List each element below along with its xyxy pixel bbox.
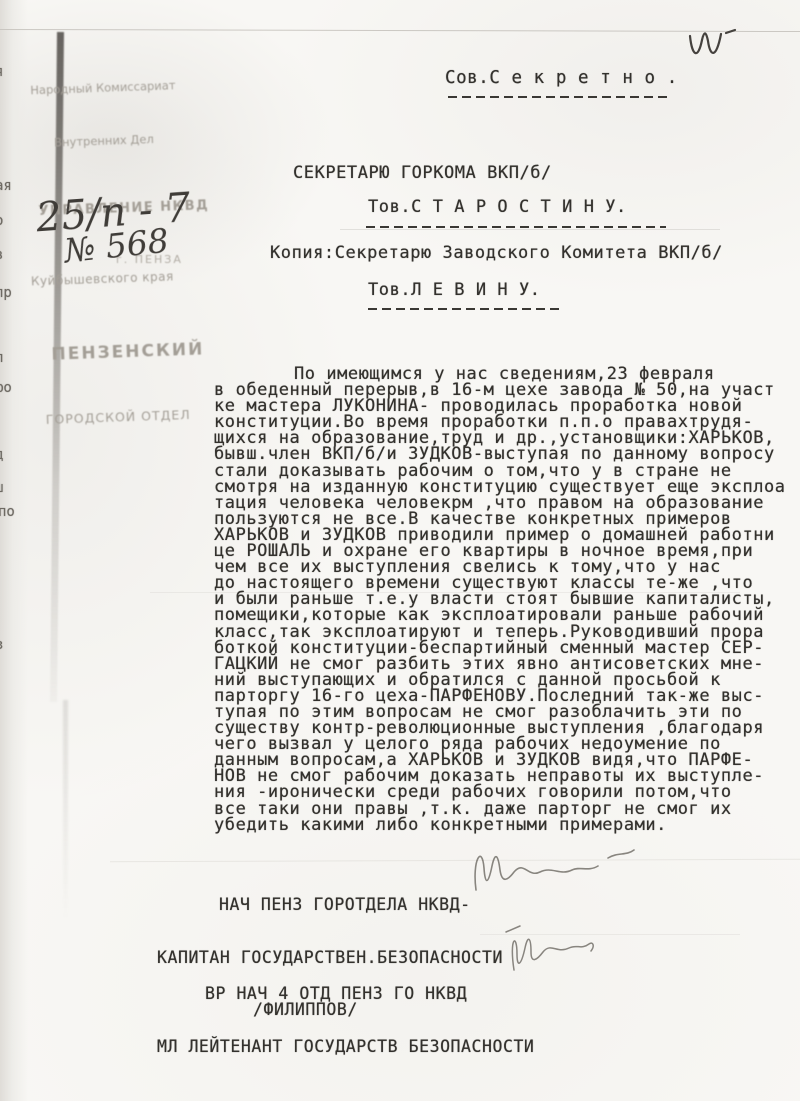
signer-rank: МЛ ЛЕЙТЕНАНТ ГОСУДАРСТВ БЕЗОПАСНОСТИ (157, 1038, 534, 1056)
stamp-line: ГОРОДСКОЙ ОТДЕЛ (34, 405, 234, 427)
handwritten-signature-filippov (468, 840, 648, 905)
scanned-document-page: яаяовпрпюодшпоз Народный Комиссариат Вну… (0, 0, 800, 1101)
classification-header: Сов.С е к р е т н о . (445, 68, 678, 88)
handwritten-signature-second (492, 920, 642, 978)
signer-position: ВР НАЧ 4 ОТД ПЕНЗ ГО НКВД (157, 985, 534, 1003)
body-text-line: убедить какими либо конкретными примерам… (214, 817, 786, 833)
cutoff-letter: по (0, 504, 15, 520)
report-body-text: По имеющимся у нас сведениям,23 февраляв… (214, 366, 786, 833)
signer-position: НАЧ ПЕНЗ ГОРОТДЕЛА НКВД- (157, 896, 503, 914)
recipient-title: СЕКРЕТАРЮ ГОРКОМА ВКП/б/ (293, 163, 552, 183)
stamp-line: ПЕНЗЕНСКИЙ (31, 338, 232, 365)
stamp-line: Народный Комиссариат (22, 77, 222, 98)
handwritten-checkmark-scribble (686, 26, 744, 68)
cutoff-letter: пр (0, 285, 12, 301)
cutoff-letter: я (0, 64, 3, 80)
cutoff-letter: д (0, 447, 3, 463)
cutoff-letter: ая (0, 178, 12, 194)
cutoff-letter: п (0, 350, 3, 366)
scan-edge-strip (0, 0, 28, 1101)
page-fold-line-lower (63, 700, 68, 920)
scan-artifact-line (0, 29, 800, 32)
copy-recipient-name: Тов.Л Е В И Н У. (368, 280, 541, 300)
cutoff-letter: з (0, 637, 3, 653)
dashed-underline (366, 226, 666, 228)
cutoff-letter: в (0, 247, 3, 263)
scan-artifact-line (340, 229, 720, 230)
dashed-underline (368, 308, 564, 310)
cutoff-letter: юо (0, 380, 12, 396)
stamp-line: Внутренних Дел (24, 130, 224, 151)
copy-recipient-title: Копия:Секретарю Заводского Комитета ВКП/… (270, 243, 723, 263)
stamp-line: Куйбышевского края (29, 267, 229, 288)
cutoff-letter: о (0, 213, 3, 229)
signature-block-second: ВР НАЧ 4 ОТД ПЕНЗ ГО НКВД МЛ ЛЕЙТЕНАНТ Г… (157, 950, 534, 1090)
recipient-name: Тов.С Т А Р О С Т И Н У. (368, 197, 627, 217)
dashed-underline (448, 96, 672, 98)
cutoff-letter: ш (0, 480, 3, 496)
